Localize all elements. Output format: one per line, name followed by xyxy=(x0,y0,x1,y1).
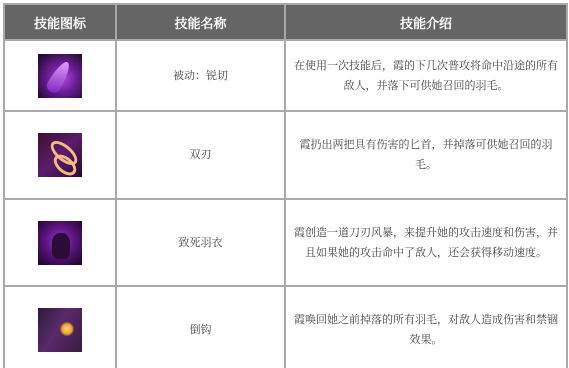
table-row: 被动：锐切 在使用一次技能后，霞的下几次普攻将命中沿途的所有敌人，并落下可供她召… xyxy=(4,40,567,111)
twin-daggers-icon xyxy=(38,133,82,177)
skill-description: 霞唤回她之前掉落的所有羽毛，对敌人造成伤害和禁锢效果。 xyxy=(285,286,567,368)
icon-cell xyxy=(4,40,116,111)
deadly-plumage-icon xyxy=(38,221,82,265)
skill-name: 倒钩 xyxy=(116,286,285,368)
table-header-row: 技能图标 技能名称 技能介绍 xyxy=(4,4,567,40)
skill-description: 霞创造一道刀刃风暴，来提升她的攻击速度和伤害，并且如果她的攻击命中了敌人，还会获… xyxy=(285,199,567,286)
table-row: 致死羽衣 霞创造一道刀刃风暴，来提升她的攻击速度和伤害，并且如果她的攻击命中了敌… xyxy=(4,199,567,286)
table-row: 倒钩 霞唤回她之前掉落的所有羽毛，对敌人造成伤害和禁锢效果。 xyxy=(4,286,567,368)
header-skill-description: 技能介绍 xyxy=(285,4,567,40)
icon-cell xyxy=(4,111,116,199)
header-skill-icon: 技能图标 xyxy=(4,4,116,40)
skill-description: 在使用一次技能后，霞的下几次普攻将命中沿途的所有敌人，并落下可供她召回的羽毛。 xyxy=(285,40,567,111)
icon-cell xyxy=(4,286,116,368)
skills-table: 技能图标 技能名称 技能介绍 被动：锐切 在使用一次技能后，霞的下几次普攻将命中… xyxy=(3,3,568,368)
skill-name: 双刃 xyxy=(116,111,285,199)
table-row: 双刃 霞扔出两把具有伤害的匕首，并掉落可供她召回的羽毛。 xyxy=(4,111,567,199)
header-skill-name: 技能名称 xyxy=(116,4,285,40)
skill-description: 霞扔出两把具有伤害的匕首，并掉落可供她召回的羽毛。 xyxy=(285,111,567,199)
feather-blade-icon xyxy=(38,54,82,98)
icon-cell xyxy=(4,199,116,286)
bladecaller-icon xyxy=(38,308,82,352)
skill-name: 致死羽衣 xyxy=(116,199,285,286)
skill-name: 被动：锐切 xyxy=(116,40,285,111)
